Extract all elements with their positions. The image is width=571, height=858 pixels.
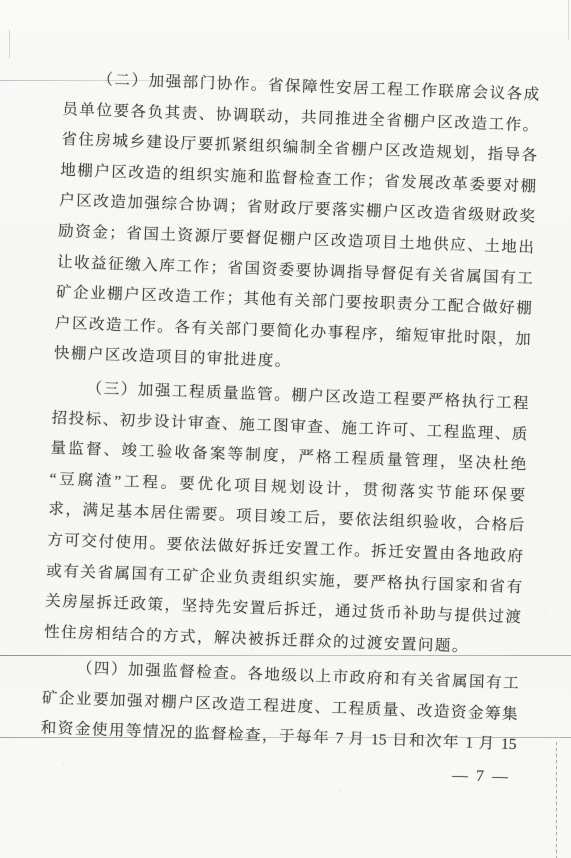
paragraph-section-3: （三）加强工程质量监管。棚户区改造工程要严格执行工程招投标、初步设计审查、施工图…	[44, 373, 529, 665]
paragraph-section-4: （四）加强监督检查。各地级以上市政府和有关省属国有工矿企业要加强对棚户区改造工程…	[40, 653, 519, 761]
scan-left-tick	[9, 30, 10, 58]
page-number: — 7 —	[452, 767, 522, 787]
scan-noise-specks	[0, 0, 2, 2]
scan-fold-line-upper	[0, 655, 571, 656]
scan-fold-line-lower	[0, 737, 571, 738]
paragraph-section-2: （二）加强部门协作。省保障性安居工程工作联席会议各成员单位要各负其责、协调联动，…	[53, 64, 539, 386]
document-text-block: （二）加强部门协作。省保障性安居工程工作联席会议各成员单位要各负其责、协调联动，…	[40, 64, 539, 761]
scan-right-edge-streak	[556, 742, 557, 858]
scanned-document-page: （二）加强部门协作。省保障性安居工程工作联席会议各成员单位要各负其责、协调联动，…	[0, 0, 571, 858]
scan-right-edge-streak-top	[568, 0, 569, 40]
